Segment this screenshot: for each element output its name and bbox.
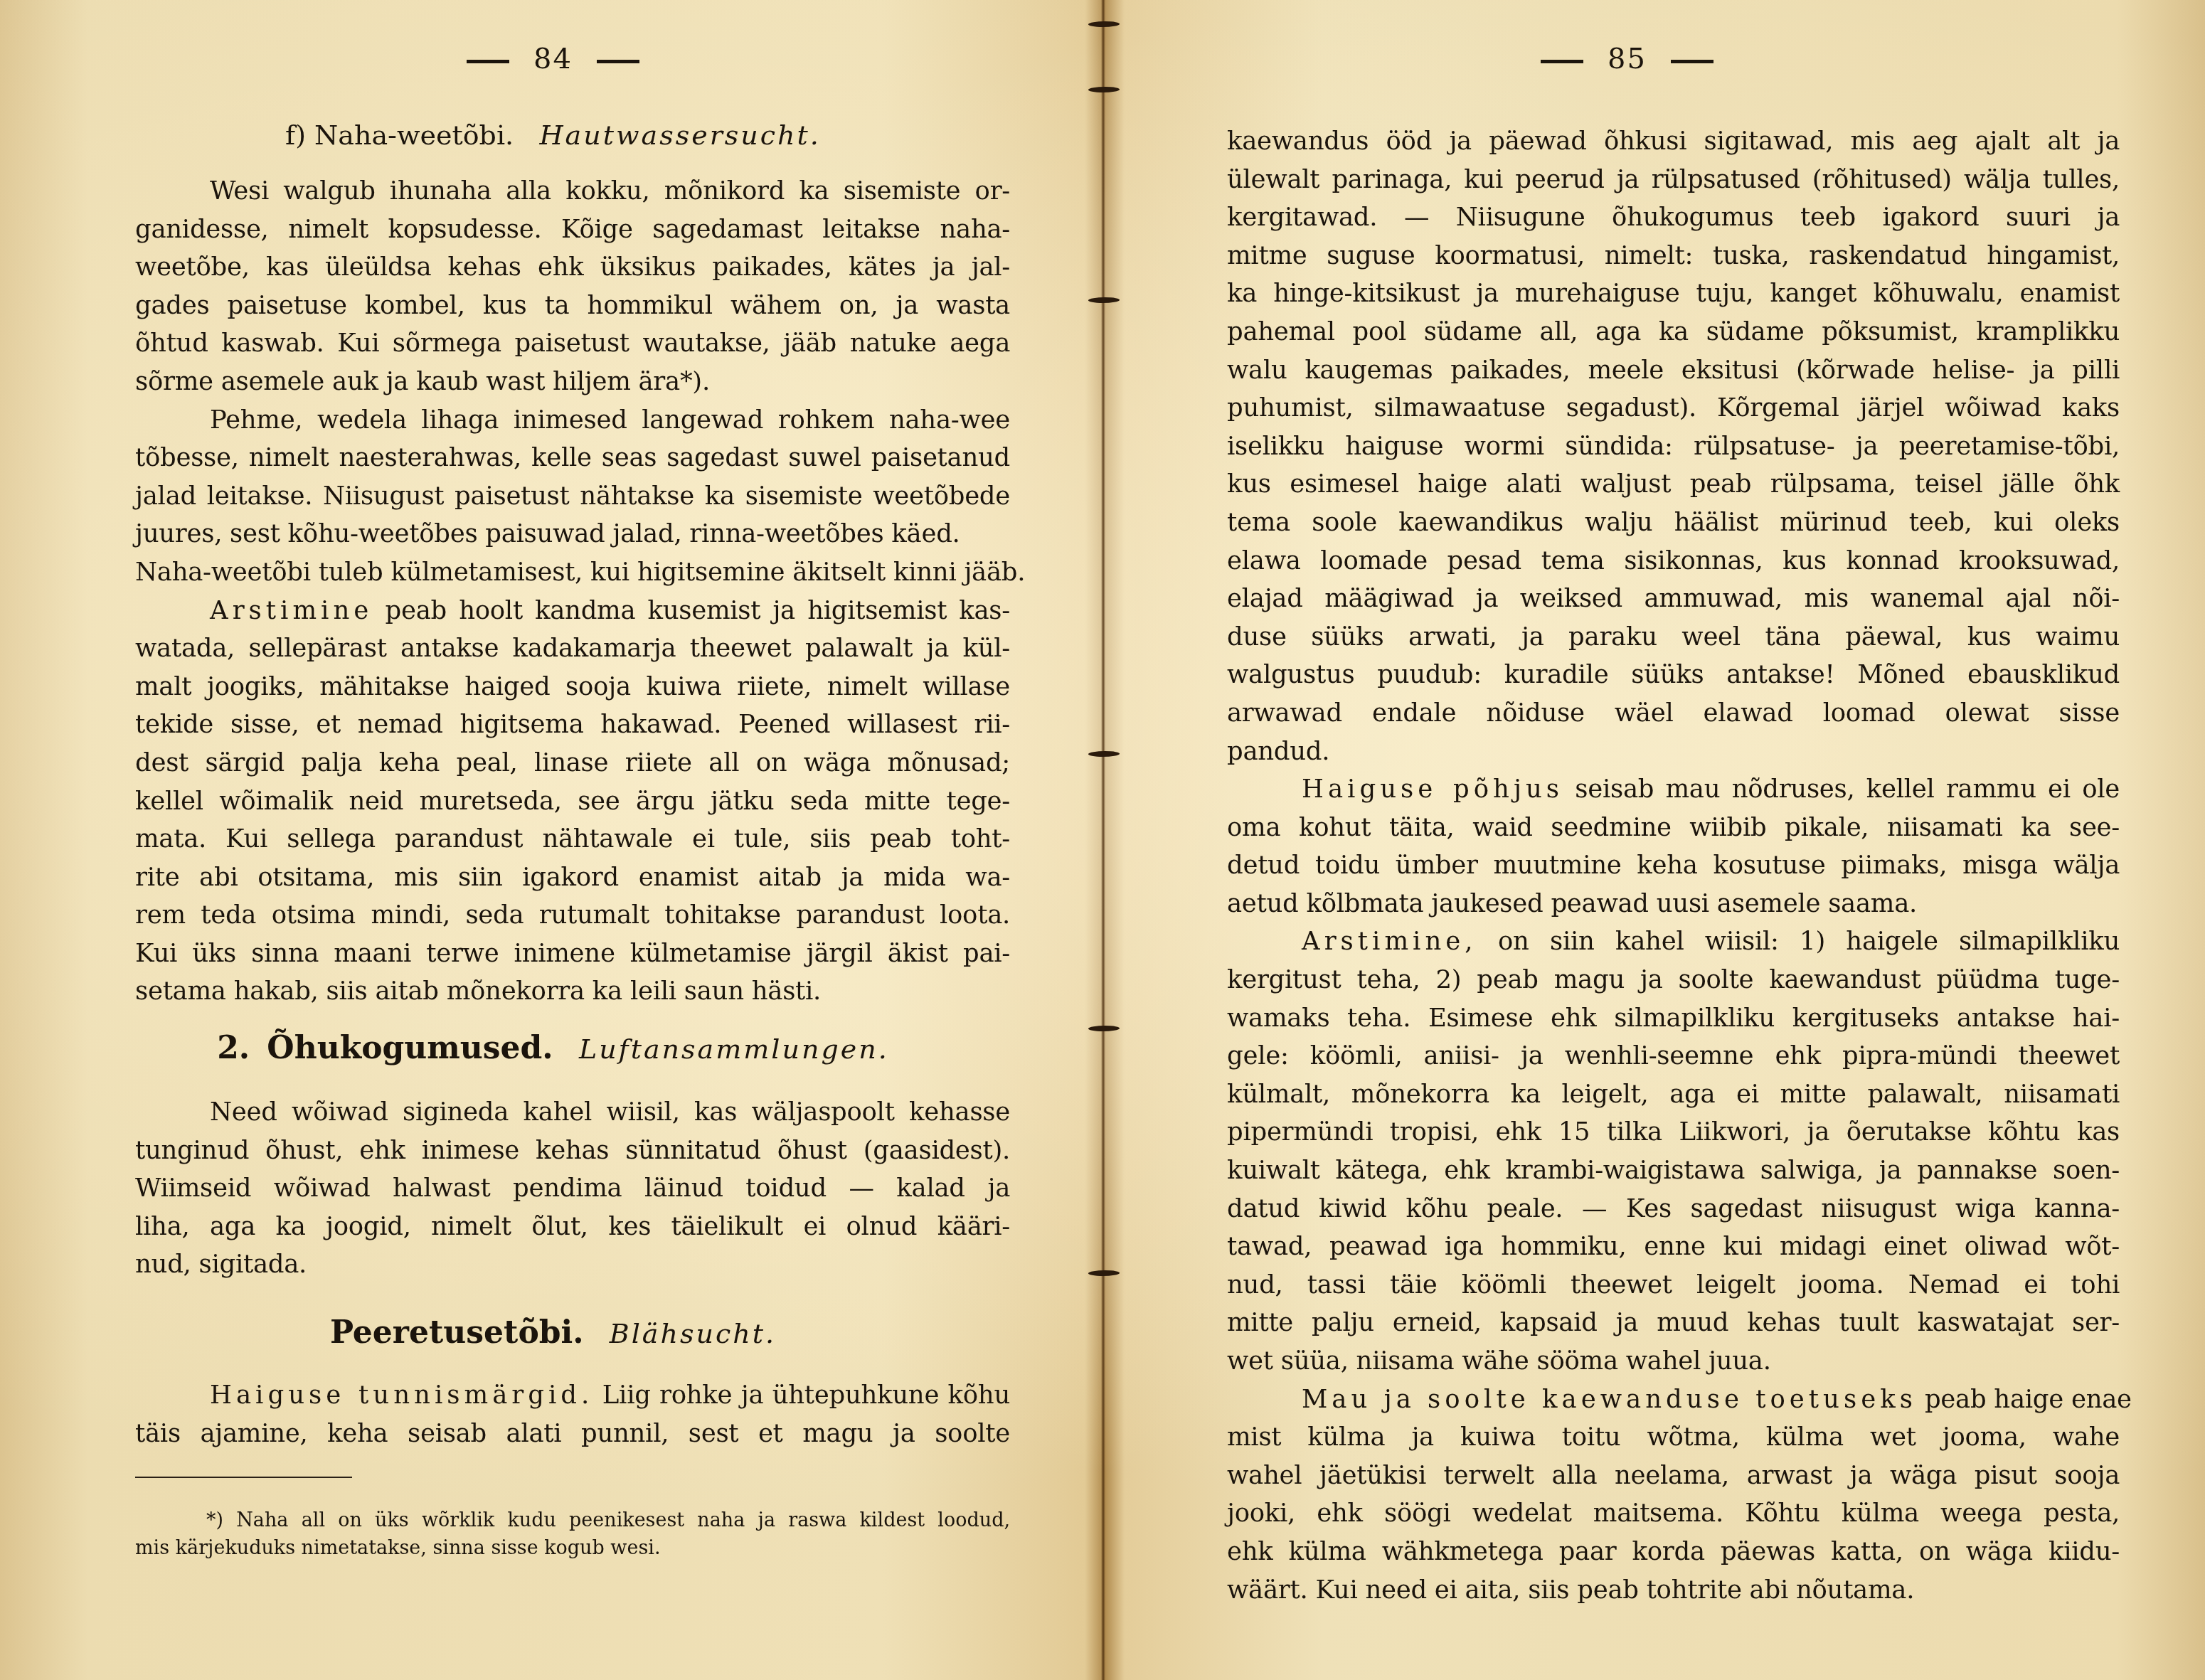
book-spread: 84 f) Naha-weetõbi. Hautwassersucht. Wes… bbox=[0, 0, 2205, 1680]
text-line: Arstimine, on siin kahel wiisil: 1) haig… bbox=[1227, 923, 2120, 961]
text-line: detud toidu ümber muutmine keha kosutuse… bbox=[1227, 846, 2120, 885]
text-line: walu kaugemas paikades, meele eksitusi (… bbox=[1227, 351, 2120, 390]
text-line: kus esimesel haige alati waljust peab rü… bbox=[1227, 465, 2120, 504]
text-line: wamaks teha. Esimese ehk silmapilkliku k… bbox=[1227, 999, 2120, 1038]
text-line: tekide sisse, et nemad higitsema hakawad… bbox=[135, 706, 1010, 744]
heading-german: Hautwassersucht. bbox=[539, 119, 820, 151]
text-line: aetud kõlbmata jaukesed peawad uusi asem… bbox=[1227, 885, 2120, 923]
text-line: wäärt. Kui need ei aita, siis peab tohtr… bbox=[1227, 1571, 2120, 1610]
text-line: oma kohut täita, waid seedmine wiibib pi… bbox=[1227, 809, 2120, 847]
text-line: Mau ja soolte kaewanduse toetuseks peab … bbox=[1227, 1381, 2120, 1419]
text-line: ganidesse, nimelt kopsudesse. Kõige sage… bbox=[135, 211, 1010, 249]
text-line: gele: köömli, aniisi- ja wenhli-seemne e… bbox=[1227, 1037, 2120, 1075]
folio-dash bbox=[1671, 60, 1713, 63]
text-line: elajad määgiwad ja weiksed ammuwad, mis … bbox=[1227, 580, 2120, 618]
text-line: rem teda otsima mindi, seda rutumalt toh… bbox=[135, 896, 1010, 935]
footnote-line: mis kärjekuduks nimetatakse, sinna sisse… bbox=[135, 1534, 1010, 1562]
lead-term: Arstimine bbox=[210, 596, 373, 625]
section-heading: f) Naha-weetõbi. Hautwassersucht. bbox=[0, 119, 1106, 151]
text-line: ülewalt parinaga, kui peerud ja rülpsatu… bbox=[1227, 161, 2120, 199]
text-line: jalad leitakse. Niisugust paisetust näht… bbox=[135, 477, 1010, 516]
text-line: kellel wõimalik neid muretseda, see ärgu… bbox=[135, 782, 1010, 821]
section-body: Wesi walgub ihunaha alla kokku, mõnikord… bbox=[135, 172, 1010, 1011]
text-line: külmalt, mõnekorra ka leigelt, aga ei mi… bbox=[1227, 1075, 2120, 1114]
text-line: liha, aga ka joogid, nimelt õlut, kes tä… bbox=[135, 1208, 1010, 1246]
left-page: 84 f) Naha-weetõbi. Hautwassersucht. Wes… bbox=[0, 0, 1106, 1680]
text-line: weetõbe, kas üleüldsa kehas ehk üksikus … bbox=[135, 248, 1010, 287]
text-line: walgustus puudub: kuradile süüks antakse… bbox=[1227, 656, 2120, 694]
text-line: pipermündi tropisi, ehk 15 tilka Liikwor… bbox=[1227, 1113, 2120, 1152]
text-line: Pehme, wedela lihaga inimesed langewad r… bbox=[135, 401, 1010, 440]
text-line: duse süüks arwati, ja paraku weel täna p… bbox=[1227, 618, 2120, 656]
heading-estonian: Õhukogumused. bbox=[267, 1030, 553, 1066]
text-line: gades paisetuse kombel, kus ta hommikul … bbox=[135, 287, 1010, 325]
text-line: wet süüa, niisama wähe sööma wahel juua. bbox=[1227, 1342, 2120, 1381]
text-line: setama hakab, siis aitab mõnekorra ka le… bbox=[135, 972, 1010, 1011]
text-line: mitte palju erneid, kapsaid ja muud keha… bbox=[1227, 1304, 2120, 1342]
section-body: Haiguse tunnismärgid. Liig rohke ja ühte… bbox=[135, 1376, 1010, 1452]
text-line: kuiwalt kätega, ehk krambi-waigistawa sa… bbox=[1227, 1152, 2120, 1190]
text-line: ehk külma wähkmetega paar korda päewas k… bbox=[1227, 1533, 2120, 1571]
text-line: datud kiwid kõhu peale. — Kes sagedast n… bbox=[1227, 1190, 2120, 1228]
heading-german: Luftansammlungen. bbox=[579, 1033, 889, 1065]
text-line: Naha-weetõbi tuleb külmetamisest, kui hi… bbox=[135, 553, 1010, 592]
folio-dash bbox=[1541, 60, 1583, 63]
section-heading: Peeretusetõbi. Blähsucht. bbox=[0, 1314, 1106, 1351]
text-line: Arstimine peab hoolt kandma kusemist ja … bbox=[135, 592, 1010, 630]
text-line: Wiimseid wõiwad halwast pendima läinud t… bbox=[135, 1169, 1010, 1208]
section-heading: 2. Õhukogumused. Luftansammlungen. bbox=[0, 1030, 1106, 1066]
text-line: watada, sellepärast antakse kadakamarja … bbox=[135, 629, 1010, 668]
page-number-text: 84 bbox=[533, 43, 573, 75]
text-line: Haiguse põhjus seisab mau nõdruses, kell… bbox=[1227, 770, 2120, 809]
text-line: puhumist, silmawaatuse segadust). Kõrgem… bbox=[1227, 389, 2120, 427]
text-line: jooki, ehk söögi wedelat maitsema. Kõhtu… bbox=[1227, 1494, 2120, 1533]
text-line: mata. Kui sellega parandust nähtawale ei… bbox=[135, 820, 1010, 858]
heading-estonian: Peeretusetõbi. bbox=[330, 1314, 584, 1351]
text-line: kergitawad. — Niisugune õhukogumus teeb … bbox=[1227, 198, 2120, 237]
text-line: Need wõiwad sigineda kahel wiisil, kas w… bbox=[135, 1093, 1010, 1132]
text-line: elawa loomade pesad tema sisikonnas, kus… bbox=[1227, 542, 2120, 580]
text-line-rest: peab hoolt kandma kusemist ja higitsemis… bbox=[386, 596, 1010, 625]
footnote: *) Naha all on üks wõrklik kudu peenikes… bbox=[135, 1506, 1010, 1562]
text-line: tema soole kaewandikus walju häälist mür… bbox=[1227, 504, 2120, 542]
text-line: rite abi otsitama, mis siin igakord enam… bbox=[135, 858, 1010, 897]
text-line: täis ajamine, keha seisab alati punnil, … bbox=[135, 1415, 1010, 1453]
text-line: mist külma ja kuiwa toitu wõtma, külma w… bbox=[1227, 1418, 2120, 1457]
text-line: sõrme asemele auk ja kaub wast hiljem är… bbox=[135, 363, 1010, 401]
text-line: pahemal pool südame all, aga ka südame p… bbox=[1227, 313, 2120, 351]
text-line: õhtud kaswab. Kui sõrmega paisetust waut… bbox=[135, 324, 1010, 363]
text-line: tawad, peawad iga hommiku, enne kui mida… bbox=[1227, 1228, 2120, 1266]
text-line: Haiguse tunnismärgid. Liig rohke ja ühte… bbox=[135, 1376, 1010, 1415]
text-line: mitme suguse koormatusi, nimelt: tuska, … bbox=[1227, 237, 2120, 275]
text-line-rest: peab haige enae bbox=[1925, 1385, 2132, 1414]
text-line: iselikku haiguse wormi sündida: rülpsatu… bbox=[1227, 427, 2120, 466]
lead-term: Arstimine, bbox=[1302, 927, 1477, 956]
text-line: Wesi walgub ihunaha alla kokku, mõnikord… bbox=[135, 172, 1010, 211]
heading-german: Blähsucht. bbox=[610, 1318, 776, 1349]
lead-term: Haiguse põhjus bbox=[1302, 775, 1563, 804]
text-line: nud, sigitada. bbox=[135, 1245, 1010, 1284]
text-line-rest: Liig rohke ja ühtepuhkune kõhu bbox=[602, 1381, 1010, 1410]
text-line: dest särgid palja keha peal, linase riie… bbox=[135, 744, 1010, 782]
text-line: pandud. bbox=[1227, 733, 2120, 771]
lead-term: Haiguse tunnismärgid. bbox=[210, 1381, 593, 1410]
section-body: Need wõiwad sigineda kahel wiisil, kas w… bbox=[135, 1093, 1010, 1284]
text-line-rest: seisab mau nõdruses, kellel rammu ei ole bbox=[1575, 775, 2120, 804]
text-line: nud, tassi täie köömli theewet leigelt j… bbox=[1227, 1266, 2120, 1304]
text-line: Kui üks sinna maani terwe inimene külmet… bbox=[135, 935, 1010, 973]
page-number-text: 85 bbox=[1608, 43, 1647, 75]
page-number: 85 bbox=[1049, 43, 2205, 75]
folio-dash bbox=[467, 60, 509, 63]
text-line: juures, sest kõhu-weetõbes paisuwad jala… bbox=[135, 515, 1010, 553]
text-line: kaewandus ööd ja päewad õhkusi sigitawad… bbox=[1227, 122, 2120, 161]
text-line: ka hinge-kitsikust ja murehaiguse tuju, … bbox=[1227, 275, 2120, 313]
heading-number: 2. bbox=[217, 1030, 250, 1066]
page-body: kaewandus ööd ja päewad õhkusi sigitawad… bbox=[1227, 122, 2120, 1609]
text-line: malt joogiks, mähitakse haiged sooja kui… bbox=[135, 668, 1010, 706]
text-line: tõbesse, nimelt naesterahwas, kelle seas… bbox=[135, 439, 1010, 477]
text-line-rest: on siin kahel wiisil: 1) haigele silmapi… bbox=[1498, 927, 2120, 956]
heading-estonian: f) Naha-weetõbi. bbox=[285, 119, 514, 151]
footnote-rule bbox=[135, 1477, 352, 1478]
text-line: wahel jäetükisi terwelt alla neelama, ar… bbox=[1227, 1457, 2120, 1495]
folio-dash bbox=[597, 60, 639, 63]
text-line: tunginud õhust, ehk inimese kehas sünnit… bbox=[135, 1132, 1010, 1170]
page-number: 84 bbox=[0, 43, 1106, 75]
text-line: kergitust teha, 2) peab magu ja soolte k… bbox=[1227, 961, 2120, 999]
footnote-line: *) Naha all on üks wõrklik kudu peenikes… bbox=[135, 1506, 1010, 1534]
lead-term: Mau ja soolte kaewanduse toetuseks bbox=[1302, 1385, 1917, 1414]
right-page: 85 kaewandus ööd ja päewad õhkusi sigita… bbox=[1106, 0, 2205, 1680]
text-line: arwawad endale nõiduse wäel elawad looma… bbox=[1227, 694, 2120, 733]
